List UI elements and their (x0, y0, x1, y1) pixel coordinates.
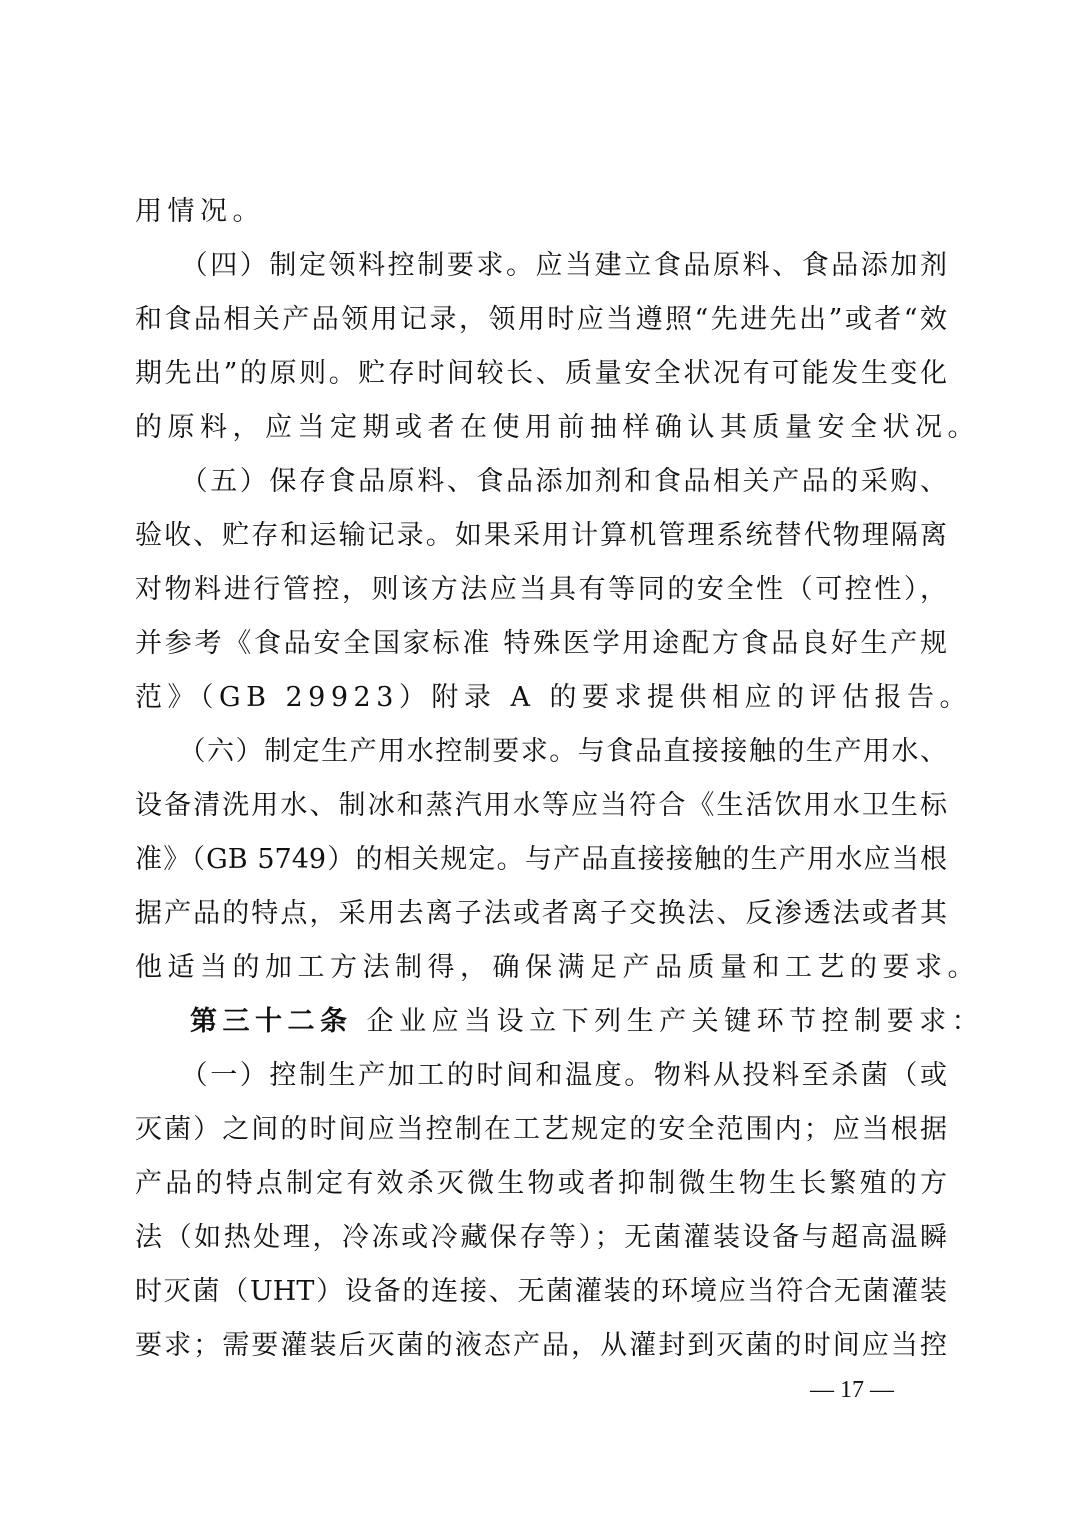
text-content: （六）制定生产用水控制要求。与食品直接接触的生产用水、 (135, 736, 947, 767)
document-page: 用情况。 （四）制定领料控制要求。应当建立食品原料、食品添加剂和食品相关产品领用… (0, 0, 1080, 1527)
text-content: 据产品的特点，采用去离子法或者离子交换法、反渗透法或者其 (135, 898, 947, 929)
text-line: 验收、贮存和运输记录。如果采用计算机管理系统替代物理隔离 (135, 516, 947, 556)
text-line: 他适当的加工方法制得，确保满足产品质量和工艺的要求。 (135, 948, 947, 988)
text-line: 第三十二条 企业应当设立下列生产关键环节控制要求： (190, 1002, 1002, 1042)
text-line: 范》（GB 29923）附录 A 的要求提供相应的评估报告。 (135, 678, 947, 718)
text-content: 时灭菌（UHT）设备的连接、无菌灌装的环境应当符合无菌灌装 (135, 1276, 947, 1307)
text-line: 并参考《食品安全国家标准 特殊医学用途配方食品良好生产规 (135, 624, 947, 664)
text-content: 并参考《食品安全国家标准 特殊医学用途配方食品良好生产规 (135, 628, 947, 659)
text-line: 设备清洗用水、制冰和蒸汽用水等应当符合《生活饮用水卫生标 (135, 786, 947, 826)
text-line: 准》（GB 5749）的相关规定。与产品直接接触的生产用水应当根 (135, 840, 947, 880)
text-line: 的原料，应当定期或者在使用前抽样确认其质量安全状况。 (135, 408, 947, 448)
article-heading: 第三十二条 (190, 1006, 353, 1037)
text-content: （一）控制生产加工的时间和温度。物料从投料至杀菌（或 (135, 1060, 947, 1091)
text-content: 法（如热处理，冷冻或冷藏保存等）；无菌灌装设备与超高温瞬 (135, 1222, 947, 1253)
text-line: 据产品的特点，采用去离子法或者离子交换法、反渗透法或者其 (135, 894, 947, 934)
text-content: 对物料进行管控，则该方法应当具有等同的安全性（可控性）， (135, 574, 947, 605)
text-content: 验收、贮存和运输记录。如果采用计算机管理系统替代物理隔离 (135, 520, 947, 551)
text-line: 产品的特点制定有效杀灭微生物或者抑制微生物生长繁殖的方 (135, 1164, 947, 1204)
text-content: 的原料，应当定期或者在使用前抽样确认其质量安全状况。 (135, 412, 980, 443)
text-content: 要求；需要灌装后灭菌的液态产品，从灌封到灭菌的时间应当控 (135, 1330, 947, 1361)
text-content: 范》（GB 29923）附录 A 的要求提供相应的评估报告。 (135, 682, 972, 713)
text-line: 要求；需要灌装后灭菌的液态产品，从灌封到灭菌的时间应当控 (135, 1326, 947, 1366)
text-line: （四）制定领料控制要求。应当建立食品原料、食品添加剂 (135, 246, 947, 286)
page-number: — 17 — (810, 1372, 894, 1408)
text-line: （六）制定生产用水控制要求。与食品直接接触的生产用水、 (135, 732, 947, 772)
text-content: 和食品相关产品领用记录，领用时应当遵照“先进先出”或者“效 (135, 304, 947, 335)
text-content: 期先出”的原则。贮存时间较长、质量安全状况有可能发生变化 (135, 358, 947, 389)
text-content: 设备清洗用水、制冰和蒸汽用水等应当符合《生活饮用水卫生标 (135, 790, 947, 821)
text-content: 灭菌）之间的时间应当控制在工艺规定的安全范围内；应当根据 (135, 1114, 947, 1145)
text-content: 他适当的加工方法制得，确保满足产品质量和工艺的要求。 (135, 952, 980, 983)
text-line: 法（如热处理，冷冻或冷藏保存等）；无菌灌装设备与超高温瞬 (135, 1218, 947, 1258)
text-line: 期先出”的原则。贮存时间较长、质量安全状况有可能发生变化 (135, 354, 947, 394)
text-line: （一）控制生产加工的时间和温度。物料从投料至杀菌（或 (135, 1056, 947, 1096)
text-content: 企业应当设立下列生产关键环节控制要求： (353, 1006, 985, 1037)
text-content: 产品的特点制定有效杀灭微生物或者抑制微生物生长繁殖的方 (135, 1168, 947, 1199)
text-content: （四）制定领料控制要求。应当建立食品原料、食品添加剂 (135, 250, 947, 281)
text-line: 用情况。 (135, 192, 947, 232)
text-content: 准》（GB 5749）的相关规定。与产品直接接触的生产用水应当根 (135, 844, 947, 875)
text-content: （五）保存食品原料、食品添加剂和食品相关产品的采购、 (135, 466, 947, 497)
text-line: 对物料进行管控，则该方法应当具有等同的安全性（可控性）， (135, 570, 947, 610)
text-line: 灭菌）之间的时间应当控制在工艺规定的安全范围内；应当根据 (135, 1110, 947, 1150)
text-content: 用情况。 (135, 196, 265, 227)
text-line: 和食品相关产品领用记录，领用时应当遵照“先进先出”或者“效 (135, 300, 947, 340)
text-line: 时灭菌（UHT）设备的连接、无菌灌装的环境应当符合无菌灌装 (135, 1272, 947, 1312)
text-line: （五）保存食品原料、食品添加剂和食品相关产品的采购、 (135, 462, 947, 502)
